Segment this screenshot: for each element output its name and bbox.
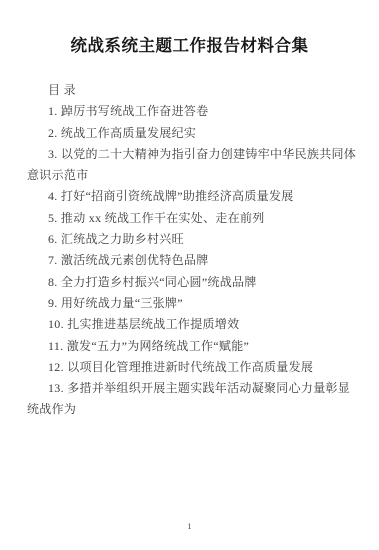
toc-label: 目 录 <box>27 80 361 101</box>
toc-item: 13. 多措并举组织开展主题实践年活动凝聚同心力量彰显统战作为 <box>27 378 361 421</box>
page-title: 统战系统主题工作报告材料合集 <box>0 32 379 56</box>
toc-item: 5. 推动 xx 统战工作干在实处、走在前列 <box>27 208 361 229</box>
toc-item: 1. 踔厉书写统战工作奋进答卷 <box>27 101 361 122</box>
toc-item: 9. 用好统战力量“三张牌” <box>27 293 361 314</box>
toc-item: 11. 激发“五力”为网络统战工作“赋能” <box>27 336 361 357</box>
toc-item: 7. 激活统战元素创优特色品牌 <box>27 250 361 271</box>
toc-item: 3. 以党的二十大精神为指引奋力创建铸牢中华民族共同体意识示范市 <box>27 144 361 187</box>
table-of-contents: 目 录 1. 踔厉书写统战工作奋进答卷 2. 统战工作高质量发展纪实 3. 以党… <box>27 80 361 421</box>
toc-item: 10. 扎实推进基层统战工作提质增效 <box>27 314 361 335</box>
toc-item: 2. 统战工作高质量发展纪实 <box>27 123 361 144</box>
document-page: 统战系统主题工作报告材料合集 目 录 1. 踔厉书写统战工作奋进答卷 2. 统战… <box>0 0 379 550</box>
toc-item: 6. 汇统战之力助乡村兴旺 <box>27 229 361 250</box>
toc-item: 12. 以项目化管理推进新时代统战工作高质量发展 <box>27 357 361 378</box>
page-number: 1 <box>0 522 379 531</box>
toc-item: 8. 全力打造乡村振兴“同心圆”统战品牌 <box>27 272 361 293</box>
toc-item: 4. 打好“招商引资统战牌”助推经济高质量发展 <box>27 186 361 207</box>
